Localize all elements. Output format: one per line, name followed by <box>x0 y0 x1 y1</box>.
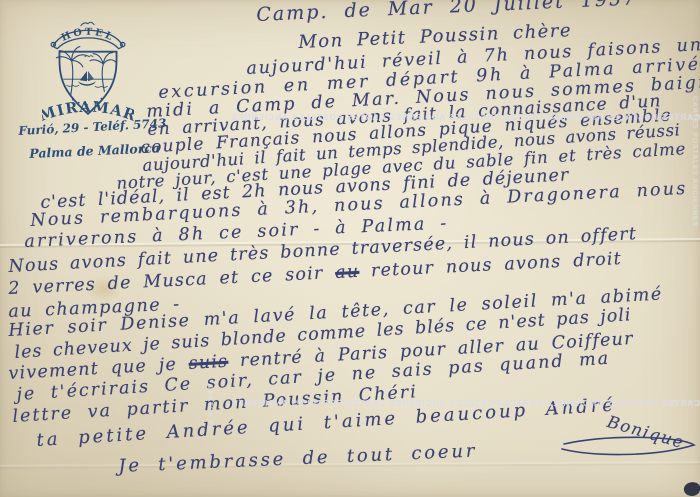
ink-blot <box>683 480 700 497</box>
struck-word: au <box>335 262 360 283</box>
watermark-vertical: CARTES POSTALES ANCIENNES <box>203 384 213 430</box>
watermark-vertical: CARTES POSTALES ANCIENNES <box>688 96 698 241</box>
letter-scan: HOTEL MIRAMAR <box>0 0 700 497</box>
watermark-band: CARTES POSTALES ANCIENNES CARTES POSTALE… <box>150 399 700 410</box>
hotel-banner-text: HOTEL <box>60 27 116 44</box>
dateline: Camp. de Mar 20 Juillet 1957 <box>256 0 638 26</box>
signature-flourish <box>560 436 700 464</box>
struck-word: suis <box>188 352 229 374</box>
hotel-miramar-crest-icon: HOTEL MIRAMAR <box>42 18 134 122</box>
letterhead-address: Furió, 29 - Teléf. 5743 <box>18 116 167 138</box>
watermark-band: CARTES POSTALES ANCIENNES CARTES POSTALE… <box>168 113 700 124</box>
svg-text:HOTEL: HOTEL <box>60 27 116 44</box>
closing-line: Je t'embrasse de tout coeur <box>118 442 478 477</box>
